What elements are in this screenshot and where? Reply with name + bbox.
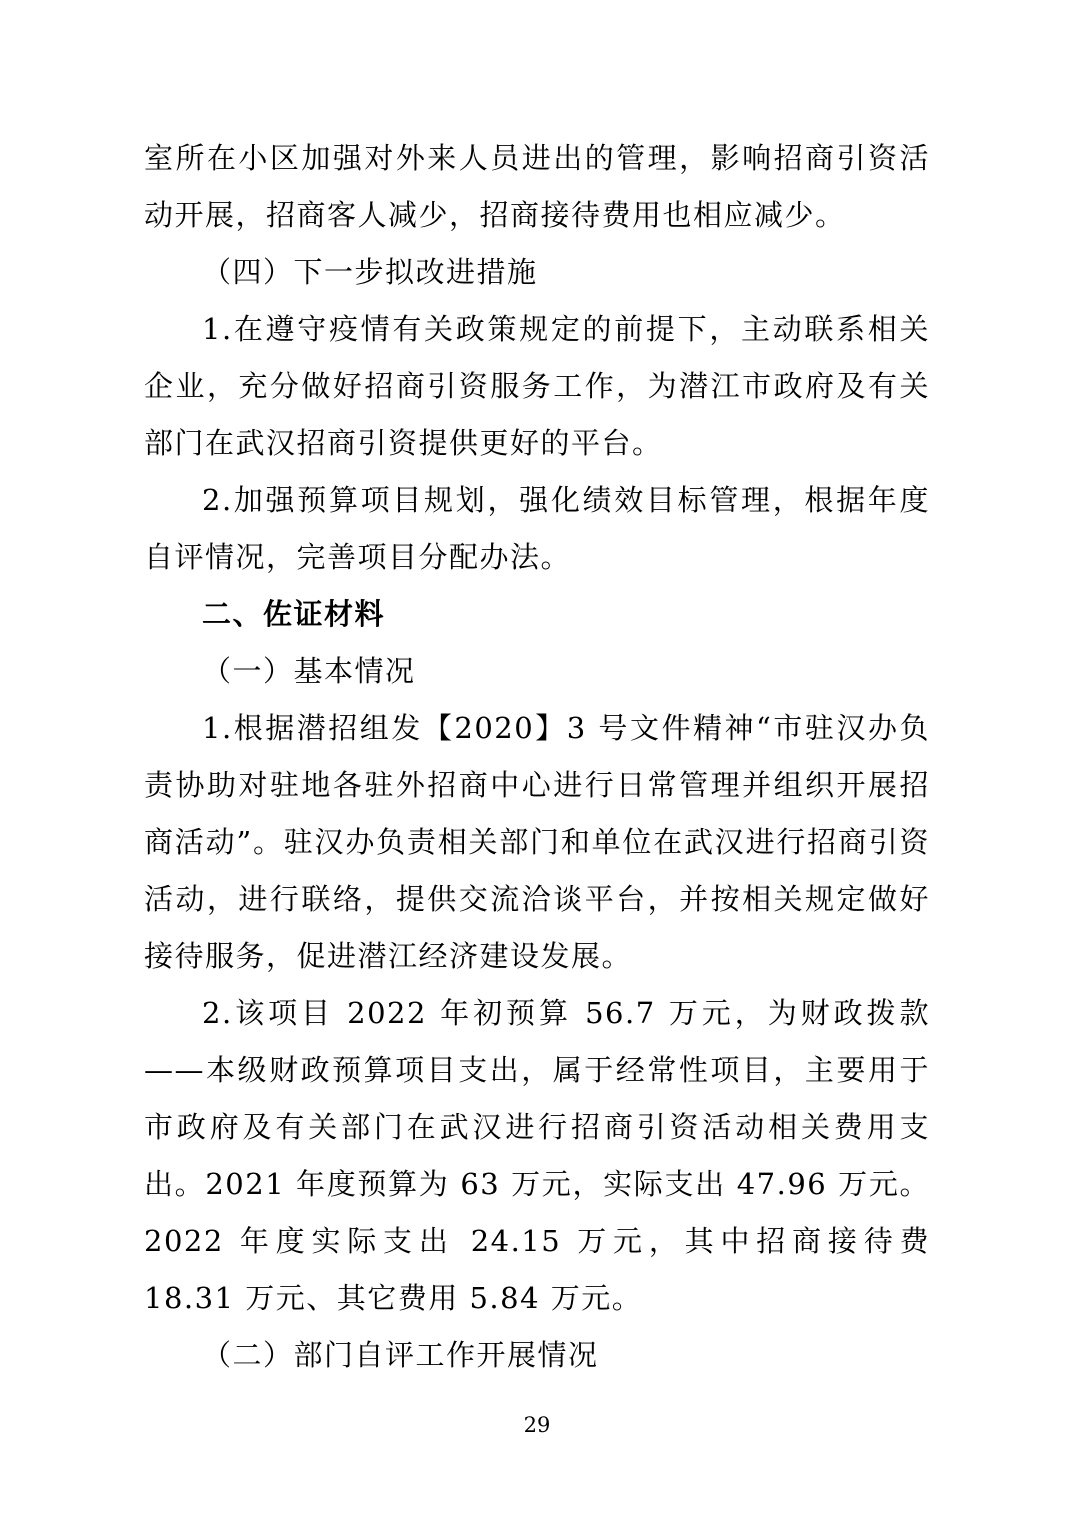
paragraph: 1.在遵守疫情有关政策规定的前提下，主动联系相关企业，充分做好招商引资服务工作，… — [144, 301, 930, 472]
paragraph: （一）基本情况 — [144, 643, 930, 700]
document-page: 室所在小区加强对外来人员进出的管理，影响招商引资活动开展，招商客人减少，招商接待… — [0, 0, 1074, 1520]
paragraph: （二）部门自评工作开展情况 — [144, 1327, 930, 1384]
paragraph: 2.加强预算项目规划，强化绩效目标管理，根据年度自评情况，完善项目分配办法。 — [144, 472, 930, 586]
paragraph: 室所在小区加强对外来人员进出的管理，影响招商引资活动开展，招商客人减少，招商接待… — [144, 130, 930, 244]
paragraph: 2.该项目 2022 年初预算 56.7 万元，为财政拨款——本级财政预算项目支… — [144, 985, 930, 1327]
paragraph: 1.根据潜招组发【2020】3 号文件精神“市驻汉办负责协助对驻地各驻外招商中心… — [144, 700, 930, 985]
page-number: 29 — [0, 1413, 1074, 1438]
document-body: 室所在小区加强对外来人员进出的管理，影响招商引资活动开展，招商客人减少，招商接待… — [144, 130, 930, 1384]
section-heading: 二、佐证材料 — [144, 586, 930, 643]
paragraph: （四）下一步拟改进措施 — [144, 244, 930, 301]
